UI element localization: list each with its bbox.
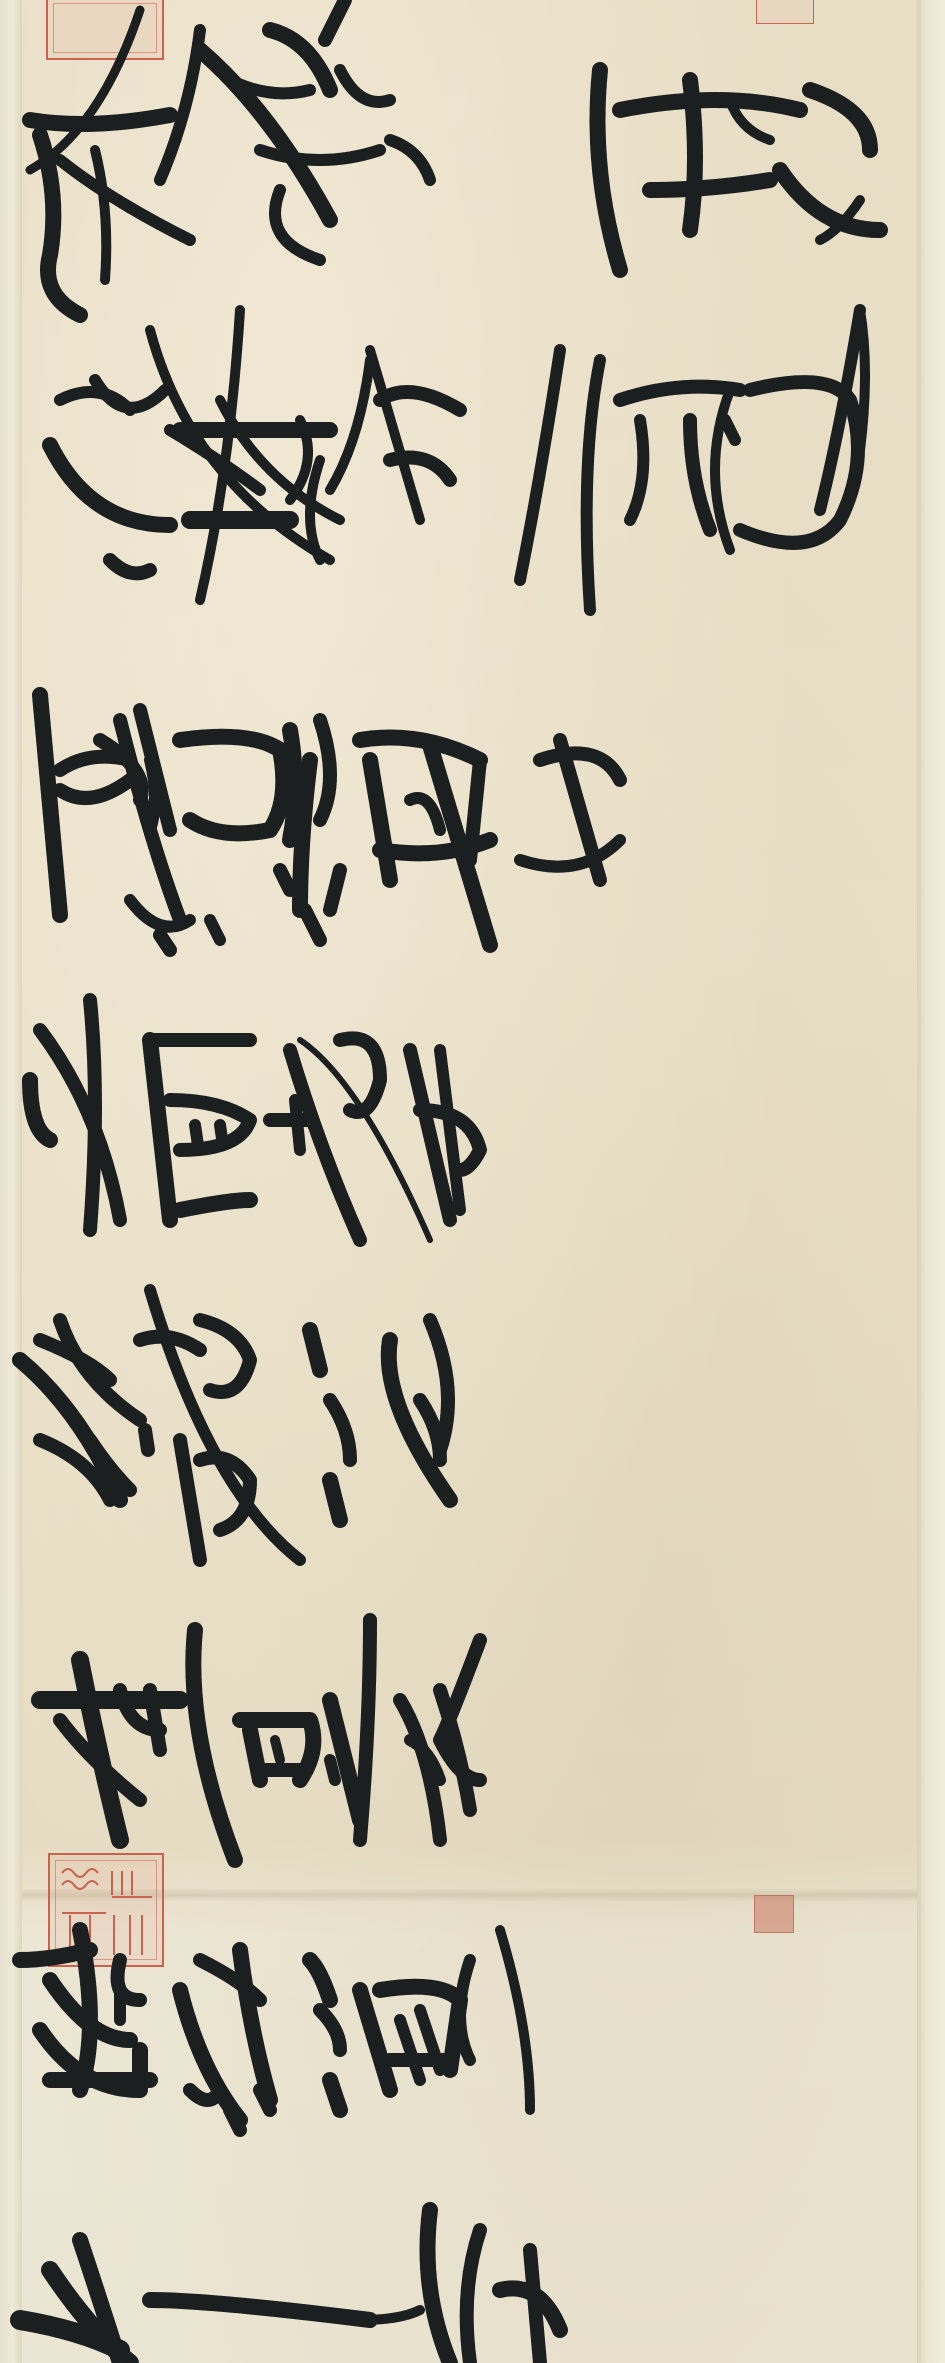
row-1-glyphs [30, 0, 880, 315]
row-8-glyphs [20, 2210, 560, 2363]
row-7-glyphs [20, 1930, 530, 2130]
row-4-glyphs [30, 1000, 480, 1240]
calligraphy-ink-strokes [0, 0, 945, 2363]
row-3-glyphs [40, 695, 620, 950]
row-6-glyphs [40, 1620, 480, 1860]
row-5-glyphs [20, 1290, 450, 1560]
row-2-glyphs [50, 310, 865, 610]
